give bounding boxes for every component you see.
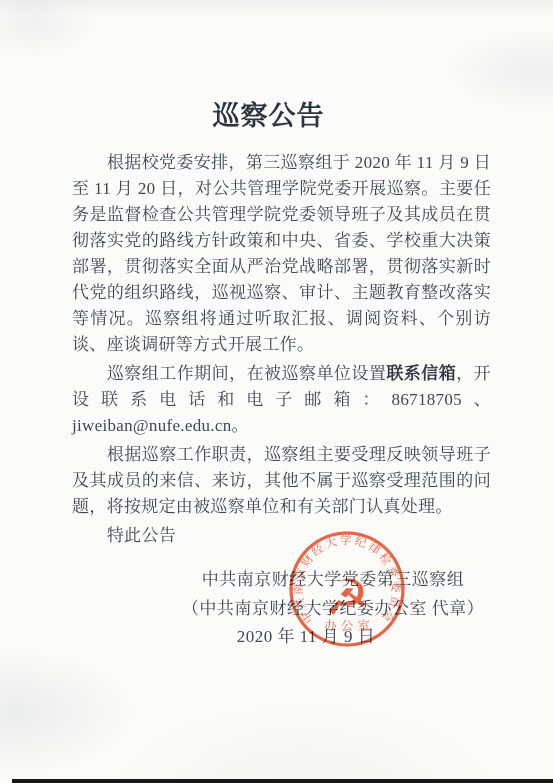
signature-date: 2020 年 11 月 9 日 [83, 623, 529, 652]
contact-text-before: 巡察组工作期间，在被巡察单位设置 [107, 364, 387, 383]
paragraph-acceptance: 根据巡察工作职责，巡察组主要受理反映领导班子及其成员的来信、来访，其他不属于巡察… [72, 442, 491, 520]
signature-org: 中共南京财经大学党委第三巡察组 [110, 566, 553, 595]
scanned-notice-page: 巡察公告 根据校党委安排，第三巡察组于 2020 年 11 月 9 日至 11 … [0, 0, 553, 783]
signature-proxy: （中共南京财经大学纪委办公室 代章） [110, 595, 553, 624]
notice-body: 根据校党委安排，第三巡察组于 2020 年 11 月 9 日至 11 月 20 … [72, 150, 491, 549]
paragraph-scope: 根据校党委安排，第三巡察组于 2020 年 11 月 9 日至 11 月 20 … [72, 150, 491, 358]
paragraph-contact: 巡察组工作期间，在被巡察单位设置联系信箱，开设联系电话和电子邮箱：8671870… [72, 361, 491, 439]
notice-title: 巡察公告 [0, 94, 545, 133]
signature-block: 中共南京财经大学党委第三巡察组 （中共南京财经大学纪委办公室 代章） 2020 … [110, 566, 553, 652]
paragraph-closing: 特此公告 [72, 523, 491, 549]
contact-mailbox-emphasis: 联系信箱 [386, 364, 456, 383]
scan-edge-shadow [12, 779, 553, 783]
